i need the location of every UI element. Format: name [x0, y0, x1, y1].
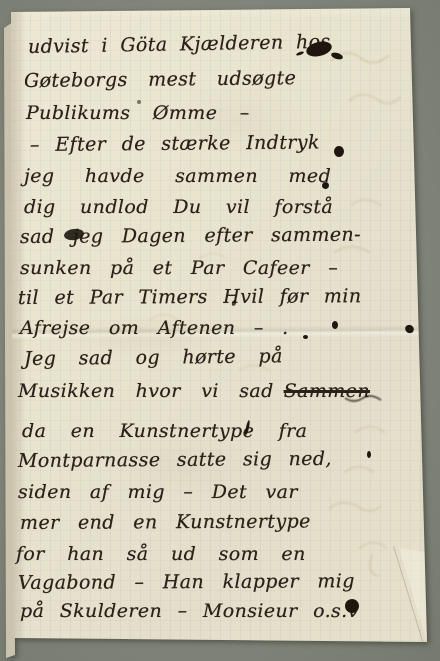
- handwritten-line: da en Kunstnertype fra: [22, 420, 307, 442]
- handwritten-line: – Efter de stærke Indtryk: [30, 131, 320, 156]
- letter-photo: udvist i Göta Kjælderen hos Gøteborgs me…: [0, 0, 440, 661]
- struck-out-word: Sammen: [284, 380, 370, 402]
- ink-blot: [332, 321, 338, 329]
- ink-speck: [303, 335, 308, 339]
- ink-blot: [322, 182, 329, 189]
- handwritten-line: Afrejse om Aftenen – .: [20, 317, 289, 339]
- paper-sheet: udvist i Göta Kjælderen hos Gøteborgs me…: [0, 0, 440, 661]
- handwritten-line: jeg havde sammen med: [24, 165, 331, 187]
- handwritten-line: dig undlod Du vil forstå: [24, 196, 333, 218]
- handwritten-line: for han så ud som en: [16, 543, 306, 565]
- handwritten-line: Gøteborgs mest udsøgte: [24, 67, 296, 92]
- handwritten-text: Musikken hvor vi sad: [18, 380, 274, 402]
- handwritten-line: Musikken hvor vi sadSammen: [18, 380, 370, 402]
- letter-page: udvist i Göta Kjælderen hos Gøteborgs me…: [0, 0, 440, 661]
- handwritten-line: Vagabond – Han klapper mig: [18, 570, 355, 594]
- handwritten-line: Montparnasse satte sig ned,: [18, 448, 332, 472]
- handwritten-line: til et Par Timers Hvil før min: [18, 285, 362, 309]
- ink-speck: [367, 451, 371, 458]
- ink-blot: [334, 146, 344, 157]
- handwritten-line: Jeg sad og hørte på: [24, 345, 283, 370]
- handwritten-line: Publikums Ømme –: [26, 102, 250, 124]
- ink-speck: [137, 100, 141, 104]
- handwritten-line: mer end en Kunstnertype: [20, 510, 311, 534]
- handwritten-line: på Skulderen – Monsieur o.s.v: [20, 600, 359, 622]
- handwritten-line: sunken på et Par Cafeer –: [20, 257, 338, 279]
- handwritten-line: siden af mig – Det var: [18, 481, 298, 503]
